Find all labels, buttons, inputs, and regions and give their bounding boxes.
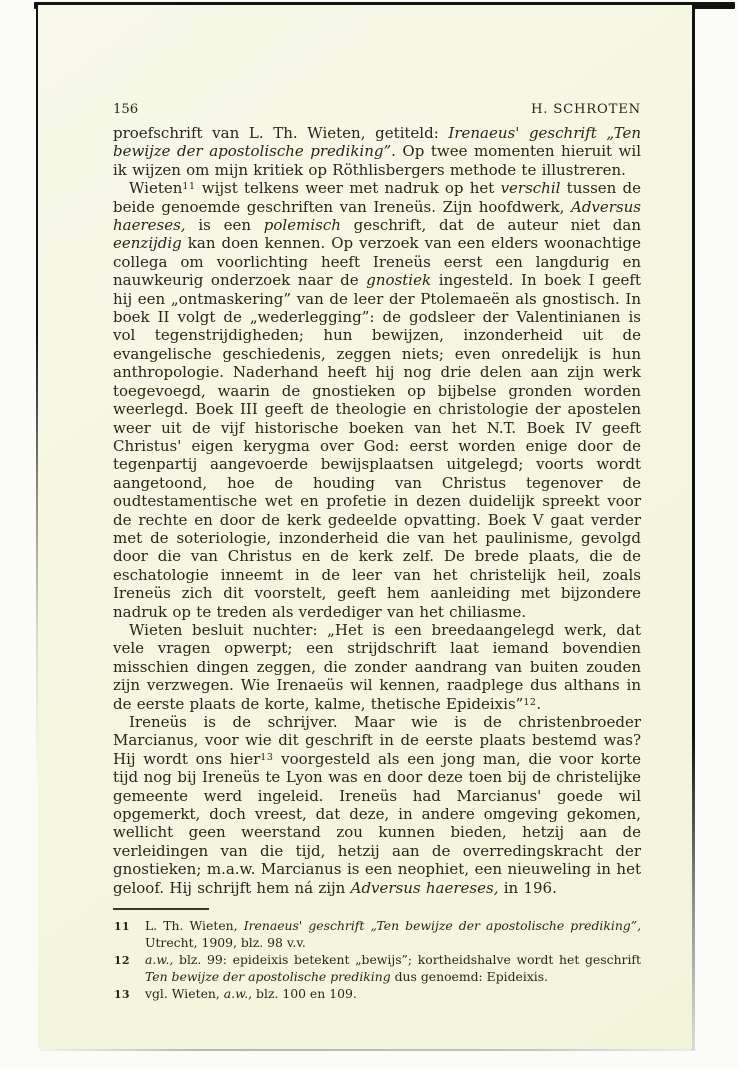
footnote-ref: 13: [260, 752, 273, 763]
footnote-ref: 11: [182, 181, 195, 192]
text-segment: verschil: [501, 179, 561, 197]
text-segment: wijst telkens weer met nadruk op het: [196, 179, 501, 197]
page-bottom-edge: [40, 1049, 696, 1051]
text-segment: a.w.,: [145, 952, 173, 967]
footnote: 11L. Th. Wieten, Irenaeus' geschrift „Te…: [113, 917, 641, 951]
paragraph: Ireneüs is de schrijver. Maar wie is de …: [113, 713, 641, 897]
body-text: proefschrift van L. Th. Wieten, getiteld…: [113, 124, 641, 897]
footnotes: 11L. Th. Wieten, Irenaeus' geschrift „Te…: [113, 917, 641, 1002]
footnote-number: 12: [114, 952, 130, 969]
author-name: H. SCHROTEN: [531, 102, 641, 117]
text-segment: eenzijdig: [113, 234, 182, 252]
text-segment: Ten bewijze der apostolische prediking: [145, 969, 391, 984]
text-column: 156 H. SCHROTEN proefschrift van L. Th. …: [113, 5, 641, 1002]
text-segment: blz. 100 en 109.: [252, 986, 357, 1001]
text-segment: L. Th. Wieten,: [145, 918, 244, 933]
footnote-separator: [113, 908, 209, 910]
text-segment: Utrecht, 1909, blz. 98 v.v.: [145, 935, 306, 950]
text-segment: Irenaeus' geschrift „Ten bewijze der apo…: [244, 918, 641, 933]
paragraph: Wieten besluit nuchter: „Het is een bree…: [113, 621, 641, 713]
footnote: 12a.w., blz. 99: epideixis betekent „bew…: [113, 951, 641, 985]
text-segment: proefschrift van L. Th. Wieten, getiteld…: [113, 124, 448, 142]
text-segment: voorgesteld als een jong man, die voor k…: [113, 750, 641, 897]
text-segment: .: [536, 695, 541, 713]
text-segment: in 196.: [498, 879, 556, 897]
paragraph: Wieten11 wijst telkens weer met nadruk o…: [113, 179, 641, 621]
text-segment: a.w.,: [224, 986, 252, 1001]
text-segment: geschrift, dat de auteur niet dan: [341, 216, 641, 234]
footnote-number: 13: [114, 986, 130, 1003]
text-segment: Wieten: [129, 179, 182, 197]
footnote: 13vgl. Wieten, a.w., blz. 100 en 109.: [113, 985, 641, 1002]
footnote-number: 11: [114, 918, 130, 935]
text-segment: Wieten besluit nuchter: „Het is een bree…: [113, 621, 641, 713]
text-segment: vgl. Wieten,: [145, 986, 224, 1001]
text-segment: gnostiek: [366, 271, 431, 289]
footnote-text: a.w., blz. 99: epideixis betekent „bewij…: [145, 952, 641, 984]
running-header: 156 H. SCHROTEN: [113, 102, 641, 117]
footnote-text: vgl. Wieten, a.w., blz. 100 en 109.: [145, 986, 357, 1001]
text-segment: blz. 99: epideixis betekent „bewijs”; ko…: [173, 952, 641, 967]
text-segment: dus genoemd: Epideixis.: [391, 969, 548, 984]
text-segment: Adversus haereses,: [351, 879, 499, 897]
text-segment: ingesteld. In boek I geeft hij een „ontm…: [113, 271, 641, 620]
footnote-text: L. Th. Wieten, Irenaeus' geschrift „Ten …: [145, 918, 641, 950]
book-page: 156 H. SCHROTEN proefschrift van L. Th. …: [38, 5, 692, 1049]
footnote-ref: 12: [523, 697, 536, 708]
text-segment: polemisch: [264, 216, 341, 234]
page-number: 156: [113, 102, 138, 117]
text-segment: is een: [186, 216, 264, 234]
paragraph: proefschrift van L. Th. Wieten, getiteld…: [113, 124, 641, 179]
